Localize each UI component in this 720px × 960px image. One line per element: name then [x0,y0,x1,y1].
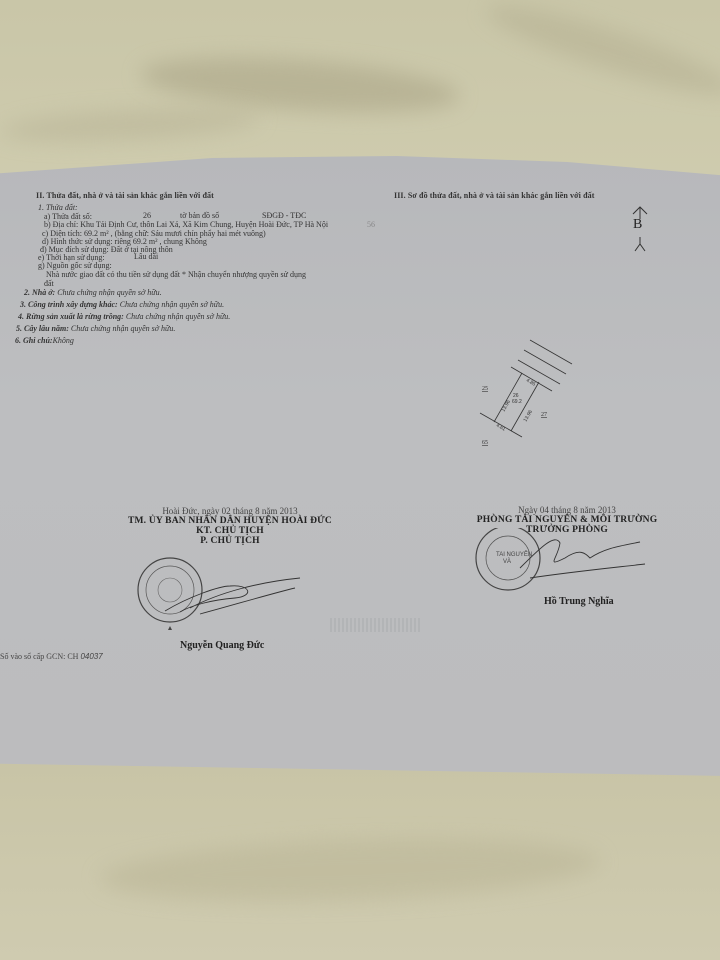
front-width: 4.85 [525,378,537,388]
north-compass: B [630,205,650,253]
cloth-fold [0,103,261,147]
house-label: 2. Nhà ở: [24,288,55,297]
origin-label: g) Nguồn gốc sử dụng: [38,261,112,270]
right-stamp-and-signature: TAI NGUYÊN VÀ [470,528,670,598]
right-date-line: Ngày 04 tháng 8 năm 2013 [472,505,662,515]
origin-value-1: Nhà nước giao đất có thu tiền sử dụng đấ… [46,270,306,279]
forest-label: 4. Rừng sản xuất là rừng trồng: [18,312,124,321]
left-signer-name: Nguyễn Quang Đức [180,640,264,651]
left-length: 13.96 [501,399,513,413]
house-row: 2. Nhà ở: Chưa chứng nhận quyền sở hữu. [24,288,162,297]
forest-row: 4. Rừng sản xuất là rừng trồng: Chưa chứ… [18,312,230,321]
map-sheet-label: tờ bản đồ số [180,211,219,220]
cloth-fold [480,0,720,109]
perennial-label: 5. Cây lâu năm: [16,324,69,333]
neighbor-65: 65 [482,440,488,446]
perennial-row: 5. Cây lâu năm: Chưa chứng nhận quyền sở… [16,324,175,333]
certificate-number-label: Số vào sổ cấp GCN: CH [0,652,78,661]
note-label: 6. Ghi chú: [15,336,53,345]
right-length: 13.96 [523,409,535,423]
left-date-line: Hoài Đức, ngày 02 tháng 8 năm 2013 [120,506,340,516]
svg-text:VÀ: VÀ [503,558,511,565]
house-value: Chưa chứng nhận quyền sở hữu. [57,288,161,297]
parcel-plot: 4.85 13.96 13.96 4.61 26 69.2 25 27 65 [460,330,600,450]
other-construction-label: 3. Công trình xây dựng khác: [20,300,118,309]
section-ii-title: II. Thửa đất, nhà ở và tài sản khác gắn … [36,191,214,200]
parcel-plot-drawing: 4.85 13.96 13.96 4.61 26 69.2 25 27 65 [460,330,600,450]
certificate-number-value: 04037 [80,652,102,661]
neighbor-27: 27 [541,412,547,418]
left-stamp-and-signature [130,556,330,636]
left-role-2: P. CHỦ TỊCH [120,536,340,546]
left-role-1: KT. CHỦ TỊCH [120,526,340,536]
left-org: TM. ỦY BAN NHÂN DÂN HUYỆN HOÀI ĐỨC [120,516,340,526]
right-org: PHÒNG TÀI NGUYÊN & MÔI TRƯỜNG [472,515,662,525]
other-construction-value: Chưa chứng nhận quyền sở hữu. [120,300,224,309]
map-sheet-value: SĐGĐ - TĐC [262,211,306,220]
item1-label: 1. Thửa đất: [38,203,78,212]
note-value: Không [53,336,74,345]
perennial-value: Chưa chứng nhận quyền sở hữu. [71,324,175,333]
address-line: b) Địa chỉ: Khu Tái Định Cư, thôn Lai Xá… [44,220,328,229]
certificate-number-row: Số vào sổ cấp GCN: CH 04037 [0,652,103,661]
margin-mark: 56 [367,220,375,229]
back-width: 4.61 [495,423,507,433]
origin-value-2: đất [44,279,54,288]
neighbor-25: 25 [482,386,488,392]
svg-text:TAI NGUYÊN: TAI NGUYÊN [496,550,532,558]
left-signature-block: Hoài Đức, ngày 02 tháng 8 năm 2013 TM. Ủ… [120,506,340,546]
parcel-number-value: 26 [143,211,151,220]
cloth-fold [99,831,601,908]
faded-print [330,618,420,632]
usage-term-value: Lâu dài [134,252,158,261]
compass-label: B [633,217,642,233]
other-construction-row: 3. Công trình xây dựng khác: Chưa chứng … [20,300,224,309]
section-iii-title: III. Sơ đồ thửa đất, nhà ở và tài sản kh… [394,191,594,200]
note-row: 6. Ghi chú:Không [15,336,74,345]
right-signer-name: Hồ Trung Nghĩa [544,596,614,607]
parcel-area-in-plot: 69.2 [512,399,522,405]
forest-value: Chưa chứng nhận quyền sở hữu. [126,312,230,321]
